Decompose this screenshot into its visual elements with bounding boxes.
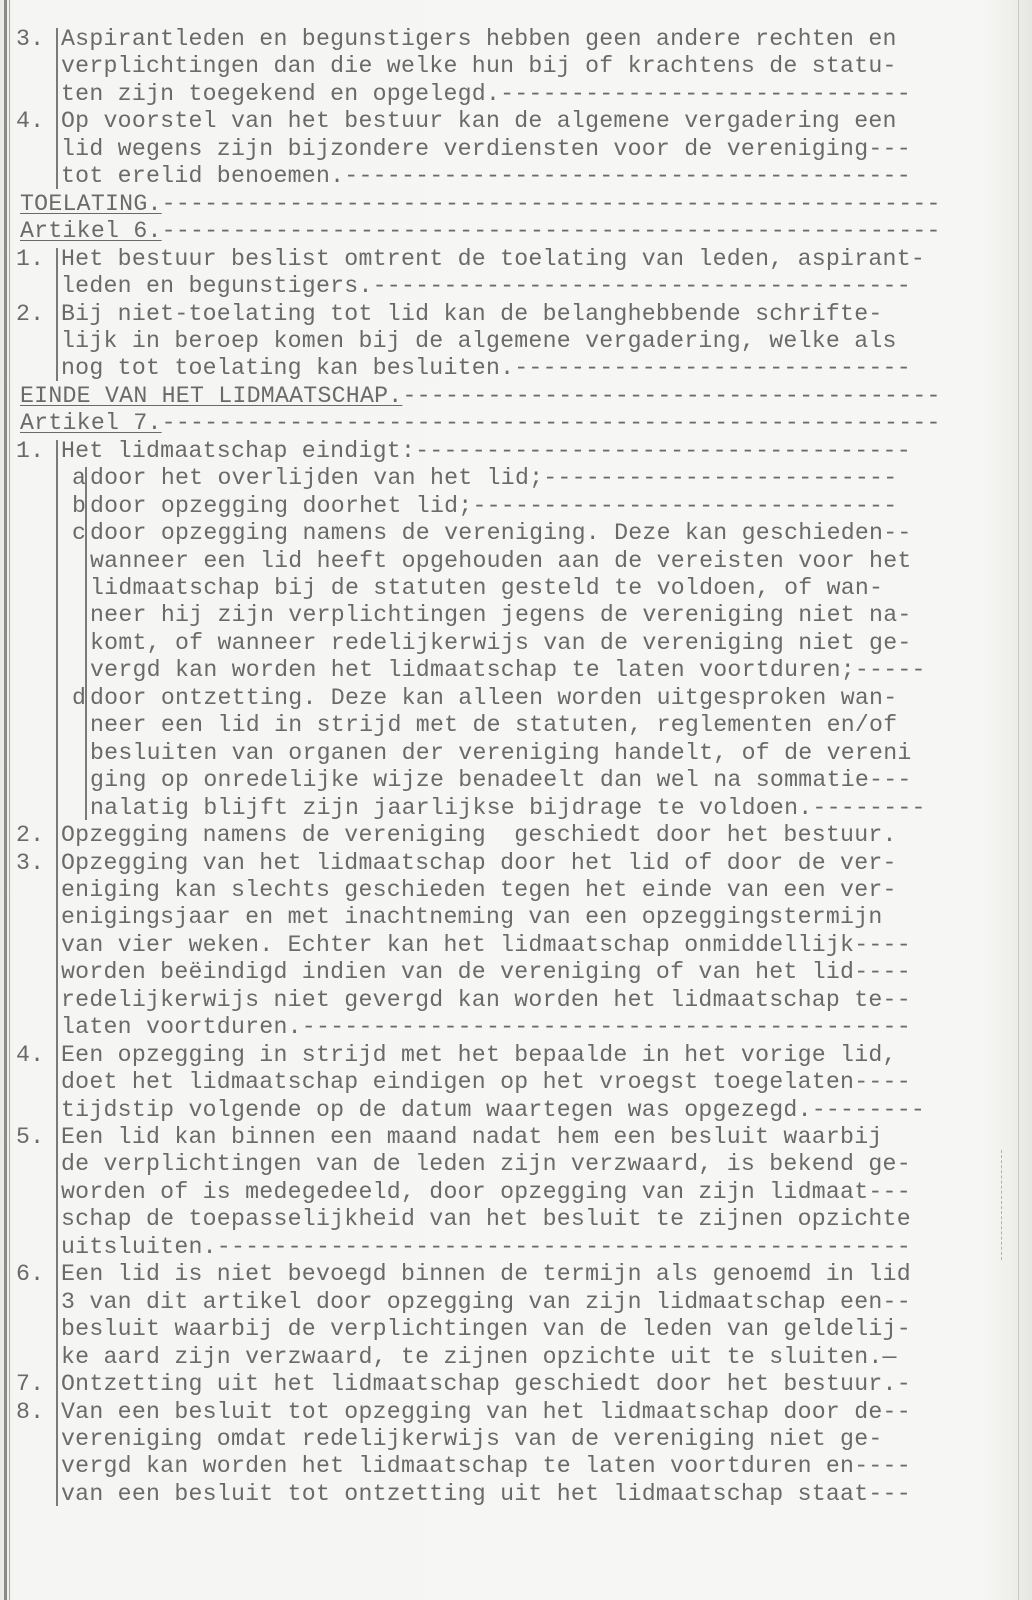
clause-text: Bij niet-toelating tot lid kan de belang…	[61, 300, 883, 328]
clause-text: Het lidmaatschap eindigt:---------------…	[61, 437, 911, 465]
subclause-text: door ontzetting. Deze kan alleen worden …	[90, 684, 897, 712]
section-heading: EINDE VAN HET LIDMAATSCHAP.-------------…	[0, 382, 1032, 410]
document-line: nalatig blijft zijn jaarlijkse bijdrage …	[0, 794, 1032, 822]
clause-text: nog tot toelating kan besluiten.--------…	[61, 354, 911, 382]
clause-text: tijdstip volgende op de datum waartegen …	[61, 1096, 925, 1124]
section-heading: TOELATING.------------------------------…	[0, 190, 1032, 218]
document-line: worden of is medegedeeld, door opzegging…	[0, 1178, 1032, 1206]
heading-label: Artikel 6.	[20, 218, 162, 244]
clause-number: 7.	[16, 1370, 44, 1398]
heading-line: Artikel 7.------------------------------…	[20, 409, 941, 437]
clause-number: 3.	[16, 849, 44, 877]
numbered-clause: 2.Opzegging namens de vereniging geschie…	[0, 821, 1032, 849]
clause-text: vereniging omdat redelijkerwijs van de v…	[61, 1425, 883, 1453]
document-line: 3 van dit artikel door opzegging van zij…	[0, 1288, 1032, 1316]
clause-text: doet het lidmaatschap eindigen op het vr…	[61, 1068, 911, 1096]
document-line: doet het lidmaatschap eindigen op het vr…	[0, 1068, 1032, 1096]
document-line: komt, of wanneer redelijkerwijs van de v…	[0, 629, 1032, 657]
clause-text: ten zijn toegekend en opgelegd.---------…	[61, 80, 911, 108]
document-line: lid wegens zijn bijzondere verdiensten v…	[0, 135, 1032, 163]
section-heading: Artikel 7.------------------------------…	[0, 409, 1032, 437]
clause-text: redelijkerwijs niet gevergd kan worden h…	[61, 986, 911, 1014]
subclause-text: neer een lid in strijd met de statuten, …	[90, 711, 897, 739]
lettered-subclause: ddoor ontzetting. Deze kan alleen worden…	[0, 684, 1032, 712]
clause-number: 5.	[16, 1123, 44, 1151]
heading-label: Artikel 7.	[20, 410, 162, 436]
subclause-text: door opzegging doorhet lid;-------------…	[90, 492, 897, 520]
clause-number: 1.	[16, 245, 44, 273]
numbered-clause: 5.Een lid kan binnen een maand nadat hem…	[0, 1123, 1032, 1151]
numbered-clause: 2.Bij niet-toelating tot lid kan de bela…	[0, 300, 1032, 328]
document-line: vergd kan worden het lidmaatschap te lat…	[0, 656, 1032, 684]
clause-number: 2.	[16, 300, 44, 328]
margin-rule	[56, 28, 58, 189]
section-heading: Artikel 6.------------------------------…	[0, 217, 1032, 245]
clause-text: vergd kan worden het lidmaatschap te lat…	[61, 1452, 911, 1480]
heading-filler: ----------------------------------------…	[162, 410, 941, 436]
clause-number: 3.	[16, 25, 44, 53]
document-line: worden beëindigd indien van de verenigin…	[0, 958, 1032, 986]
heading-line: TOELATING.------------------------------…	[20, 190, 941, 218]
document-line: vergd kan worden het lidmaatschap te lat…	[0, 1452, 1032, 1480]
clause-text: de verplichtingen van de leden zijn verz…	[61, 1150, 911, 1178]
clause-text: worden beëindigd indien van de verenigin…	[61, 958, 911, 986]
clause-text: Opzegging namens de vereniging geschiedt…	[61, 821, 897, 849]
clause-text: Op voorstel van het bestuur kan de algem…	[61, 107, 897, 135]
numbered-clause: 1.Het bestuur beslist omtrent de toelati…	[0, 245, 1032, 273]
document-line: nog tot toelating kan besluiten.--------…	[0, 354, 1032, 382]
document-line: redelijkerwijs niet gevergd kan worden h…	[0, 986, 1032, 1014]
document-line: leden en begunstigers.------------------…	[0, 272, 1032, 300]
heading-filler: --------------------------------------	[402, 383, 940, 409]
clause-number: 2.	[16, 821, 44, 849]
clause-text: lijk in beroep komen bij de algemene ver…	[61, 327, 897, 355]
clause-number: 8.	[16, 1398, 44, 1426]
clause-text: leden en begunstigers.------------------…	[61, 272, 911, 300]
document-line: ging op onredelijke wijze benadeelt dan …	[0, 766, 1032, 794]
document-line: verplichtingen dan die welke hun bij of …	[0, 52, 1032, 80]
clause-text: Een lid kan binnen een maand nadat hem e…	[61, 1123, 883, 1151]
subclause-text: besluiten van organen der vereniging han…	[90, 739, 912, 767]
document-line: ten zijn toegekend en opgelegd.---------…	[0, 80, 1032, 108]
clause-text: enigingsjaar en met inachtneming van een…	[61, 903, 883, 931]
heading-label: TOELATING.	[20, 191, 162, 217]
document-line: van vier weken. Echter kan het lidmaatsc…	[0, 931, 1032, 959]
document-line: vereniging omdat redelijkerwijs van de v…	[0, 1425, 1032, 1453]
document-line: lidmaatschap bij de statuten gesteld te …	[0, 574, 1032, 602]
subclause-rule	[85, 467, 87, 820]
numbered-clause: 4.Een opzegging in strijd met het bepaal…	[0, 1041, 1032, 1069]
document-line: tijdstip volgende op de datum waartegen …	[0, 1096, 1032, 1124]
clause-number: 6.	[16, 1260, 44, 1288]
document-line: neer hij zijn verplichtingen jegens de v…	[0, 601, 1032, 629]
document-line: tot erelid benoemen.--------------------…	[0, 162, 1032, 190]
subclause-text: vergd kan worden het lidmaatschap te lat…	[90, 656, 926, 684]
lettered-subclause: bdoor opzegging doorhet lid;------------…	[0, 492, 1032, 520]
document-line: uitsluiten.-----------------------------…	[0, 1233, 1032, 1261]
clause-text: Het bestuur beslist omtrent de toelating…	[61, 245, 925, 273]
numbered-clause: 6.Een lid is niet bevoegd binnen de term…	[0, 1260, 1032, 1288]
subclause-text: komt, of wanneer redelijkerwijs van de v…	[90, 629, 912, 657]
document-line: de verplichtingen van de leden zijn verz…	[0, 1150, 1032, 1178]
document-line: lijk in beroep komen bij de algemene ver…	[0, 327, 1032, 355]
document-line: van een besluit tot ontzetting uit het l…	[0, 1480, 1032, 1508]
heading-filler: ----------------------------------------…	[162, 218, 941, 244]
document-line: neer een lid in strijd met de statuten, …	[0, 711, 1032, 739]
numbered-clause: 4.Op voorstel van het bestuur kan de alg…	[0, 107, 1032, 135]
clause-text: uitsluiten.-----------------------------…	[61, 1233, 911, 1261]
document-line: ke aard zijn verzwaard, te zijnen opzich…	[0, 1343, 1032, 1371]
clause-text: worden of is medegedeeld, door opzegging…	[61, 1178, 911, 1206]
clause-number: 4.	[16, 1041, 44, 1069]
subclause-text: lidmaatschap bij de statuten gesteld te …	[90, 574, 883, 602]
heading-line: EINDE VAN HET LIDMAATSCHAP.-------------…	[20, 382, 941, 410]
numbered-clause: 1.Het lidmaatschap eindigt:-------------…	[0, 437, 1032, 465]
lettered-subclause: adoor het overlijden van het lid;-------…	[0, 464, 1032, 492]
clause-text: van vier weken. Echter kan het lidmaatsc…	[61, 931, 911, 959]
document-line: schap de toepasselijkheid van het beslui…	[0, 1205, 1032, 1233]
clause-text: tot erelid benoemen.--------------------…	[61, 162, 911, 190]
clause-number: 4.	[16, 107, 44, 135]
heading-line: Artikel 6.------------------------------…	[20, 217, 941, 245]
numbered-clause: 8.Van een besluit tot opzegging van het …	[0, 1398, 1032, 1426]
lettered-subclause: cdoor opzegging namens de vereniging. De…	[0, 519, 1032, 547]
clause-text: ke aard zijn verzwaard, te zijnen opzich…	[61, 1343, 897, 1371]
clause-text: laten voortduren.-----------------------…	[61, 1013, 911, 1041]
clause-text: Een opzegging in strijd met het bepaalde…	[61, 1041, 897, 1069]
clause-text: verplichtingen dan die welke hun bij of …	[61, 52, 897, 80]
subclause-text: neer hij zijn verplichtingen jegens de v…	[90, 601, 912, 629]
clause-text: Een lid is niet bevoegd binnen de termij…	[61, 1260, 911, 1288]
clause-text: Opzegging van het lidmaatschap door het …	[61, 849, 897, 877]
document-line: wanneer een lid heeft opgehouden aan de …	[0, 547, 1032, 575]
subclause-text: ging op onredelijke wijze benadeelt dan …	[90, 766, 912, 794]
document-line: laten voortduren.-----------------------…	[0, 1013, 1032, 1041]
margin-rule	[56, 248, 58, 381]
clause-text: Aspirantleden en begunstigers hebben gee…	[61, 25, 897, 53]
clause-text: Van een besluit tot opzegging van het li…	[61, 1398, 911, 1426]
clause-text: van een besluit tot ontzetting uit het l…	[61, 1480, 911, 1508]
document-line: besluit waarbij de verplichtingen van de…	[0, 1315, 1032, 1343]
clause-text: besluit waarbij de verplichtingen van de…	[61, 1315, 911, 1343]
subclause-text: nalatig blijft zijn jaarlijkse bijdrage …	[90, 794, 926, 822]
margin-dashed-mark	[1000, 1150, 1002, 1260]
numbered-clause: 7.Ontzetting uit het lidmaatschap geschi…	[0, 1370, 1032, 1398]
heading-filler: ----------------------------------------…	[162, 191, 941, 217]
numbered-clause: 3.Aspirantleden en begunstigers hebben g…	[0, 25, 1032, 53]
clause-text: 3 van dit artikel door opzegging van zij…	[61, 1288, 911, 1316]
document-line: besluiten van organen der vereniging han…	[0, 739, 1032, 767]
clause-text: schap de toepasselijkheid van het beslui…	[61, 1205, 911, 1233]
clause-text: lid wegens zijn bijzondere verdiensten v…	[61, 135, 911, 163]
clause-number: 1.	[16, 437, 44, 465]
subclause-text: wanneer een lid heeft opgehouden aan de …	[90, 547, 912, 575]
heading-label: EINDE VAN HET LIDMAATSCHAP.	[20, 383, 402, 409]
numbered-clause: 3.Opzegging van het lidmaatschap door he…	[0, 849, 1032, 877]
document-line: eniging kan slechts geschieden tegen het…	[0, 876, 1032, 904]
margin-rule	[56, 440, 58, 1507]
clause-text: Ontzetting uit het lidmaatschap geschied…	[61, 1370, 911, 1398]
subclause-text: door opzegging namens de vereniging. Dez…	[90, 519, 912, 547]
document-line: enigingsjaar en met inachtneming van een…	[0, 903, 1032, 931]
subclause-text: door het overlijden van het lid;--------…	[90, 464, 897, 492]
scanned-page: 3.Aspirantleden en begunstigers hebben g…	[0, 0, 1032, 1600]
clause-text: eniging kan slechts geschieden tegen het…	[61, 876, 897, 904]
